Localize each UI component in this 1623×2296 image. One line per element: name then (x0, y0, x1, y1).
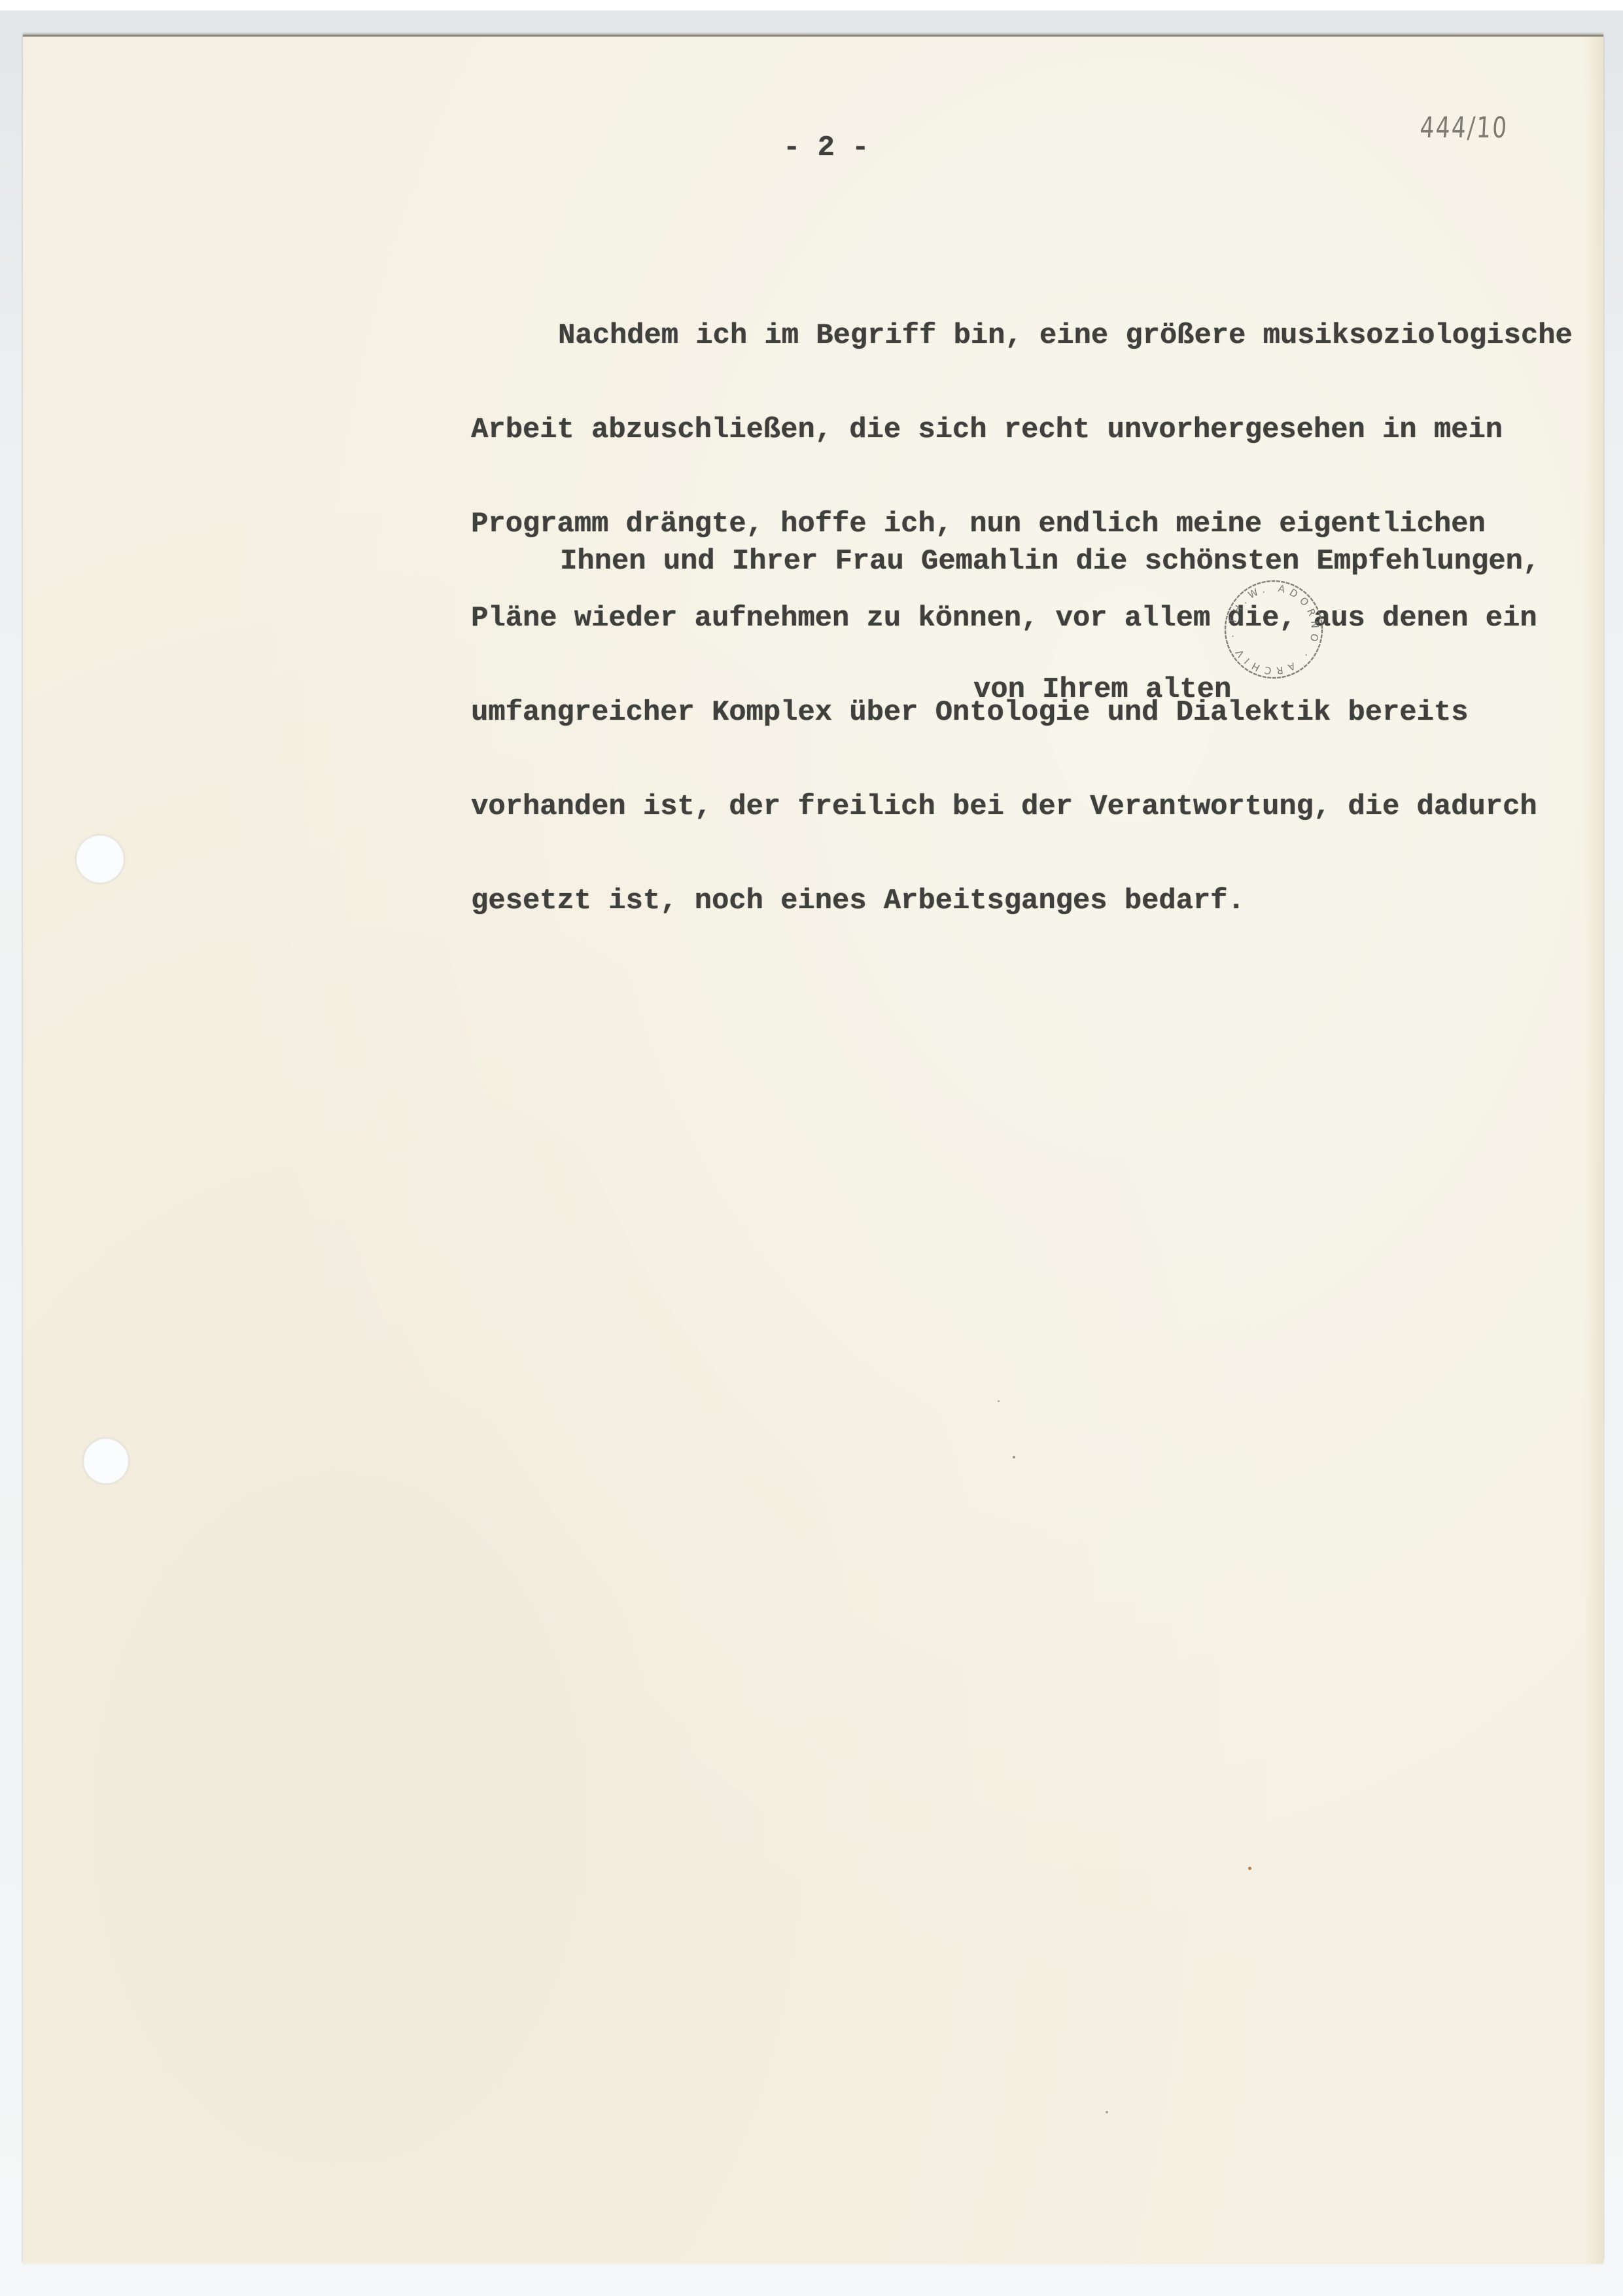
paper-speck (1013, 1456, 1015, 1458)
greeting-line: Ihnen und Ihrer Frau Gemahlin die schöns… (560, 546, 1540, 578)
body-line: Pläne wieder aufnehmen zu können, vor al… (471, 603, 1573, 635)
paper-speck (1106, 2111, 1108, 2113)
stamp-text: TH.W. ADORNO · ARCHIV · (1227, 582, 1321, 677)
body-line: vorhanden ist, der freilich bei der Vera… (471, 792, 1573, 823)
body-paragraph: Nachdem ich im Begriff bin, eine größere… (471, 258, 1573, 949)
punch-hole-top (76, 835, 124, 883)
archive-stamp-icon: TH.W. ADORNO · ARCHIV · (1223, 578, 1325, 680)
svg-text:TH.W. ADORNO · ARCHIV ·: TH.W. ADORNO · ARCHIV · (1227, 582, 1321, 677)
archive-number-handwritten: 444/10 (1419, 111, 1509, 145)
page-number: - 2 - (783, 133, 869, 164)
paper-speck (1248, 1867, 1251, 1870)
body-line: gesetzt ist, noch eines Arbeitsganges be… (471, 886, 1573, 917)
body-line: Nachdem ich im Begriff bin, eine größere… (471, 321, 1573, 352)
paper-edge-shade (1584, 37, 1603, 2264)
paper-speck (998, 1400, 1000, 1402)
body-line: Arbeit abzuschließen, die sich recht unv… (471, 415, 1573, 446)
body-line: Programm drängte, hoffe ich, nun endlich… (471, 509, 1573, 540)
scan-top-band (0, 0, 1623, 10)
punch-hole-bottom (83, 1438, 129, 1484)
closing-line: von Ihrem alten (973, 675, 1231, 706)
